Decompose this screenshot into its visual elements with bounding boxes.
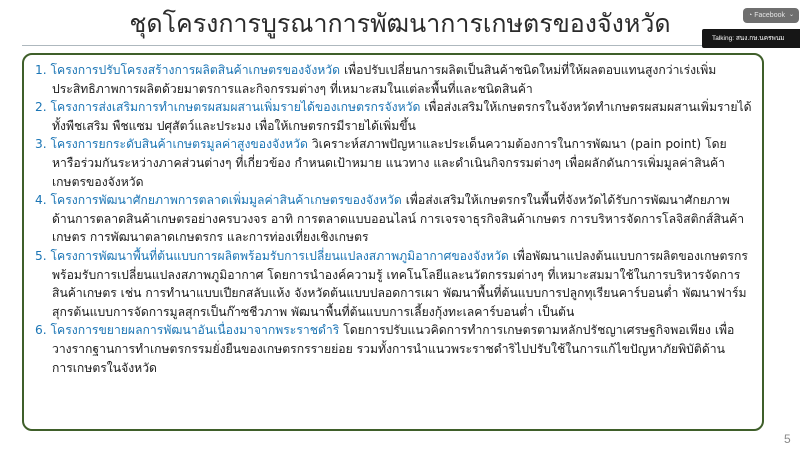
project-item-6: 6. โครงการขยายผลการพัฒนาอันเนื่องมาจากพร…: [34, 321, 752, 377]
facebook-share-button[interactable]: ◔ Facebook ⌄: [743, 8, 799, 23]
item-number: 2.: [35, 100, 47, 114]
item-number: 5.: [35, 249, 47, 263]
item-number: 1.: [35, 63, 47, 77]
rss-icon: ◔: [748, 8, 752, 23]
title-divider: [22, 45, 778, 46]
project-heading: โครงการยกระดับสินค้าเกษตรมูลค่าสูงของจัง…: [51, 137, 308, 151]
slide-title: ชุดโครงการบูรณาการพัฒนาการเกษตรของจังหวั…: [0, 4, 800, 44]
talking-indicator: Talking: สนง.กษ.นครพนม: [702, 29, 800, 48]
project-heading: โครงการพัฒนาศักยภาพการตลาดเพิ่มมูลค่าสิน…: [51, 193, 402, 207]
project-item-5: 5. โครงการพัฒนาพื้นที่ต้นแบบการผลิตพร้อม…: [34, 247, 752, 321]
item-number: 4.: [35, 193, 47, 207]
project-heading: โครงการพัฒนาพื้นที่ต้นแบบการผลิตพร้อมรับ…: [51, 249, 509, 263]
project-item-4: 4. โครงการพัฒนาศักยภาพการตลาดเพิ่มมูลค่า…: [34, 191, 752, 247]
page-number: 5: [784, 432, 791, 446]
project-heading: โครงการขยายผลการพัฒนาอันเนื่องมาจากพระรา…: [51, 323, 340, 337]
project-heading: โครงการปรับโครงสร้างการผลิตสินค้าเกษตรขอ…: [51, 63, 341, 77]
chevron-down-icon: ⌄: [789, 8, 794, 23]
project-item-1: 1. โครงการปรับโครงสร้างการผลิตสินค้าเกษต…: [34, 61, 752, 98]
project-item-3: 3. โครงการยกระดับสินค้าเกษตรมูลค่าสูงของ…: [34, 135, 752, 191]
item-number: 3.: [35, 137, 47, 151]
project-heading: โครงการส่งเสริมการทำเกษตรผสมผสานเพิ่มราย…: [51, 100, 421, 114]
facebook-button-label: Facebook: [754, 8, 785, 23]
item-number: 6.: [35, 323, 47, 337]
project-item-2: 2. โครงการส่งเสริมการทำเกษตรผสมผสานเพิ่ม…: [34, 98, 752, 135]
projects-list-box: 1. โครงการปรับโครงสร้างการผลิตสินค้าเกษต…: [22, 53, 764, 431]
